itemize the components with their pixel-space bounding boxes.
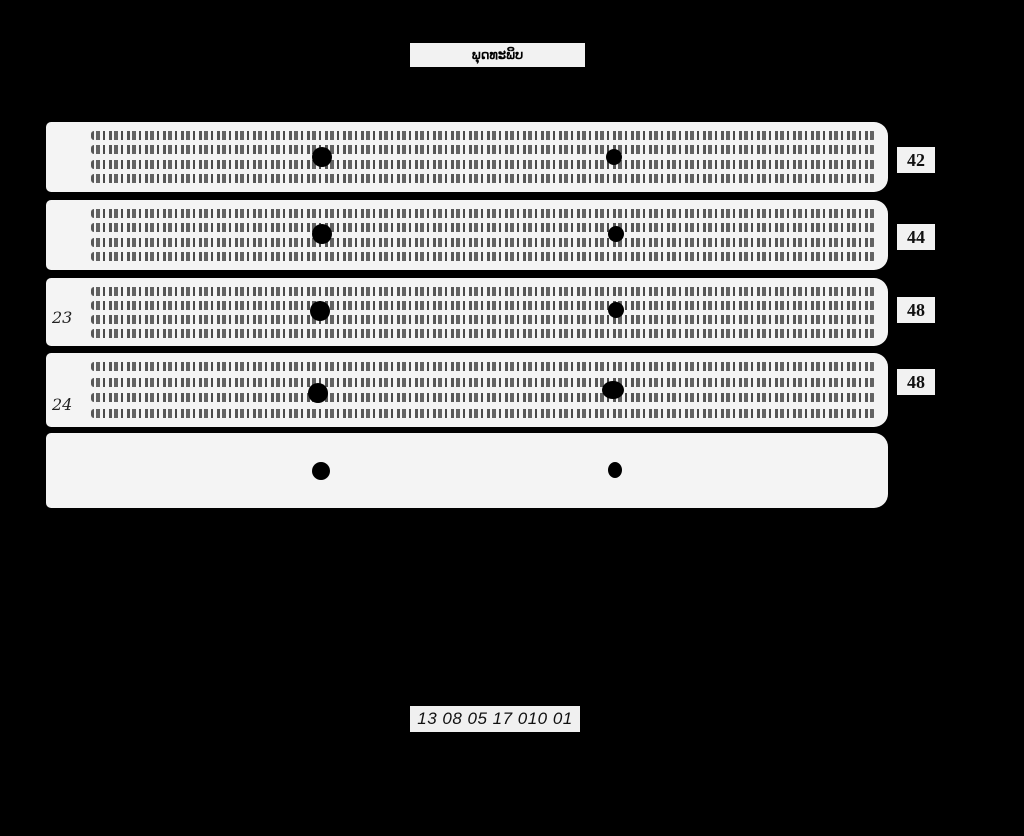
page-number: 44 bbox=[907, 227, 925, 248]
binding-hole bbox=[608, 226, 624, 242]
page-number-label: 42 bbox=[897, 147, 935, 173]
binding-hole bbox=[312, 462, 330, 480]
palm-leaf-3: 23 bbox=[46, 278, 888, 346]
title-label: ພຸດທະພິບ bbox=[410, 43, 585, 67]
catalog-number: 13 08 05 17 010 01 bbox=[417, 709, 573, 729]
palm-leaf-5-blank bbox=[46, 433, 888, 508]
binding-hole bbox=[312, 147, 332, 167]
page-number: 48 bbox=[907, 300, 925, 321]
binding-hole bbox=[608, 462, 622, 478]
script-text bbox=[91, 128, 876, 186]
title-label-text: ພຸດທະພິບ bbox=[472, 47, 523, 63]
binding-hole bbox=[608, 302, 624, 318]
binding-hole bbox=[312, 224, 332, 244]
script-text bbox=[91, 206, 876, 264]
palm-leaf-2 bbox=[46, 200, 888, 270]
binding-hole bbox=[606, 149, 622, 165]
binding-hole bbox=[310, 301, 330, 321]
page-number: 48 bbox=[907, 372, 925, 393]
margin-note: 23 bbox=[52, 308, 72, 327]
binding-hole bbox=[602, 381, 624, 399]
palm-leaf-1 bbox=[46, 122, 888, 192]
palm-leaf-4: 24 bbox=[46, 353, 888, 427]
binding-hole bbox=[308, 383, 328, 403]
script-text bbox=[91, 359, 876, 421]
page-number-label: 44 bbox=[897, 224, 935, 250]
catalog-number-label: 13 08 05 17 010 01 bbox=[410, 706, 580, 732]
page-number: 42 bbox=[907, 150, 925, 171]
margin-note: 24 bbox=[52, 395, 72, 414]
script-text bbox=[91, 284, 876, 340]
page-number-label: 48 bbox=[897, 297, 935, 323]
page-number-label: 48 bbox=[897, 369, 935, 395]
